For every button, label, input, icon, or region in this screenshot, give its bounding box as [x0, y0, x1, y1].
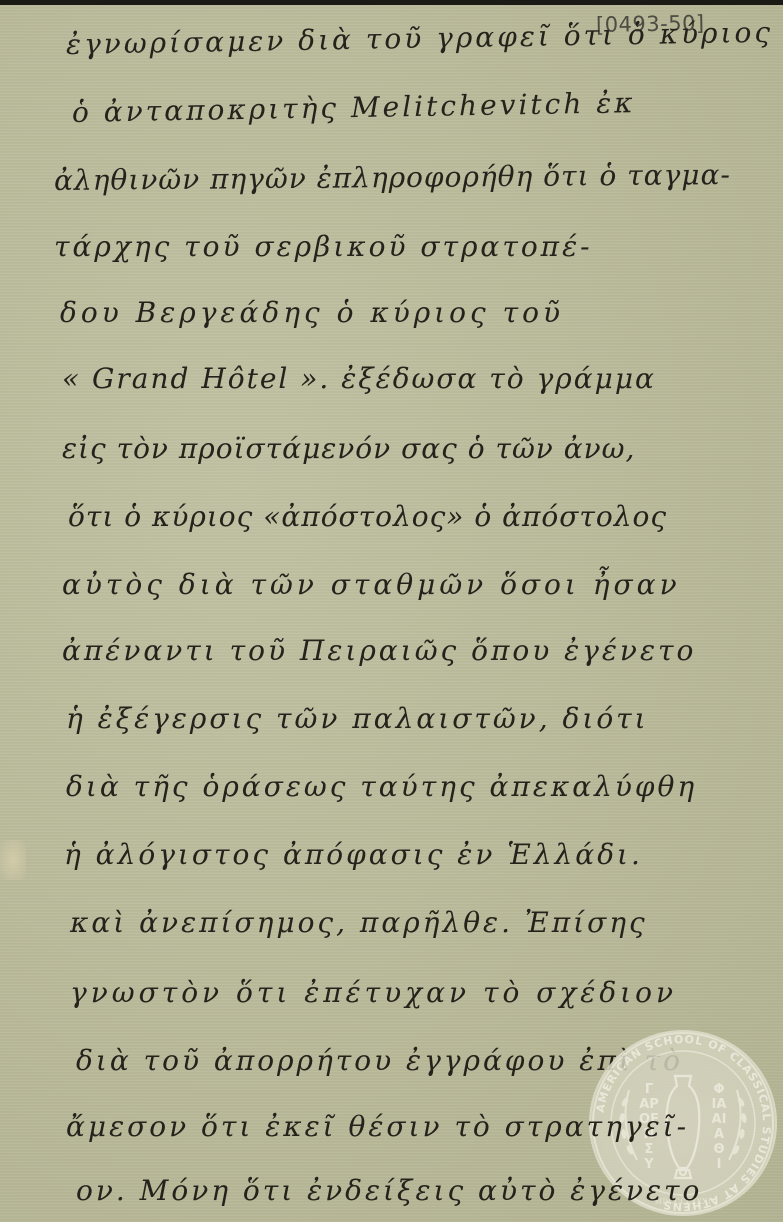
paper-stain	[0, 840, 26, 880]
handwritten-line-10: ἀπέναντι τοῦ Πειραιῶς ὅπου ἐγένετο	[62, 634, 696, 667]
handwritten-line-3: ἀληθινῶν πηγῶν ἐπληροφορήθη ὅτι ὁ ταγμα-	[54, 158, 731, 197]
manuscript-page: [0493-50] ἐγνωρίσαμεν διὰ τοῦ γραφεῖ ὅτι…	[0, 0, 783, 1222]
handwritten-line-15: γνωστὸν ὅτι ἐπέτυχαν τὸ σχέδιον	[70, 976, 677, 1009]
scan-top-border	[0, 0, 783, 5]
handwritten-line-1: ἐγνωρίσαμεν διὰ τοῦ γραφεῖ ὅτι ὁ κύριος	[66, 16, 774, 61]
handwritten-line-13: ἡ ἀλόγιστος ἀπόφασις ἐν Ἑλλάδι.	[64, 838, 643, 871]
handwritten-line-12: διὰ τῆς ὁράσεως ταύτης ἀπεκαλύφθη	[66, 770, 697, 803]
handwritten-line-14: καὶ ἀνεπίσημος, παρῆλθε. Ἐπίσης	[70, 906, 648, 939]
handwritten-line-5: δου Βεργεάδης ὁ κύριος τοῦ	[60, 296, 564, 329]
handwritten-line-8: ὅτι ὁ κύριος «ἀπόστολος» ὁ ἀπόστολος	[68, 500, 667, 533]
handwritten-line-11: ἡ ἐξέγερσις τῶν παλαιστῶν, διότι	[66, 702, 649, 735]
seal-right-letters: ΦΙΑΑΙΑΘΙ	[707, 1082, 731, 1172]
handwritten-line-4: τάρχης τοῦ σερβικοῦ στρατοπέ-	[54, 230, 593, 263]
handwritten-line-18: ον. Μόνη ὅτι ἐνδείξεις αὐτὸ ἐγένετο	[76, 1174, 702, 1207]
handwritten-line-2: ὁ ἀνταποκριτὴς Melitchevitch ἐκ	[72, 86, 636, 129]
handwritten-line-17: ἄμεσον ὅτι ἐκεῖ θέσιν τὸ στρατηγεῖ-	[66, 1110, 689, 1143]
handwritten-line-6: « Grand Hôtel ». ἐξέδωσα τὸ γράμμα	[62, 362, 656, 395]
handwritten-line-9: αὐτὸς διὰ τῶν σταθμῶν ὅσοι ἦσαν	[62, 568, 681, 601]
handwritten-line-7: εἰς τὸν προϊστάμενόν σας ὁ τῶν ἀνω,	[62, 432, 635, 465]
